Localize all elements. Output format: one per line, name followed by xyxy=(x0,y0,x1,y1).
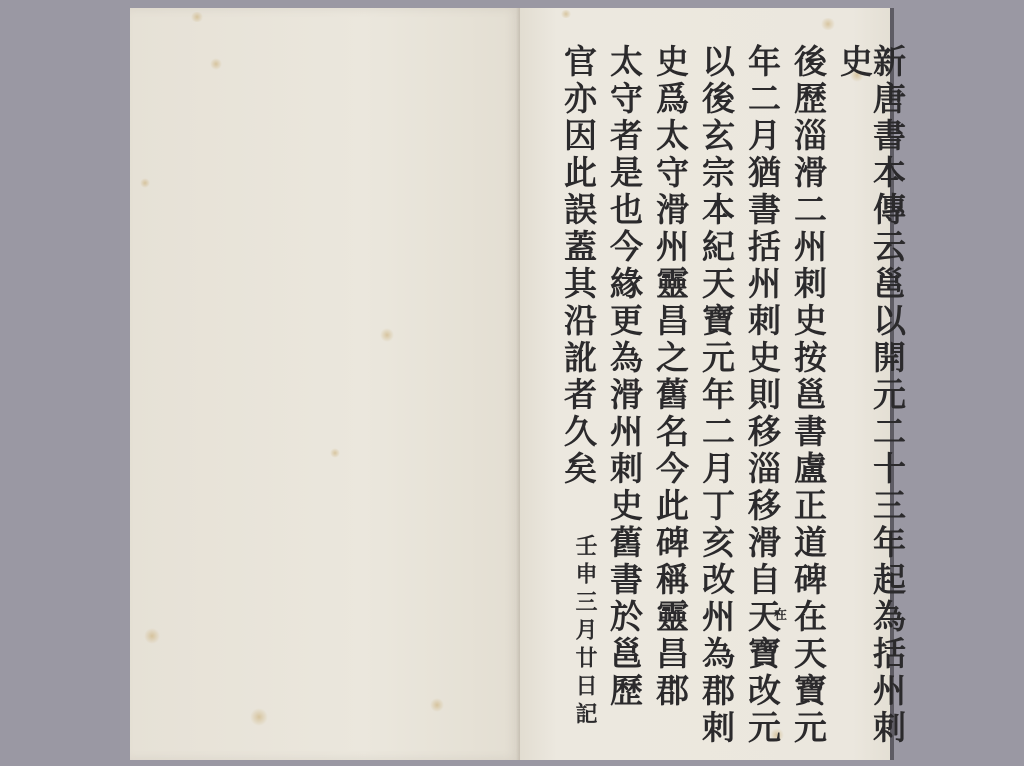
text-column-3: 年二月猶書括州刺史則移淄移滑自天寶改元 xyxy=(746,44,779,747)
text-column-7: 官亦因此誤蓋其沿訛者久矣 xyxy=(562,44,595,488)
foxing-spot xyxy=(820,18,836,30)
left-page-blank xyxy=(130,8,520,760)
foxing-spot xyxy=(210,58,222,70)
text-column-5: 史爲太守滑州靈昌之舊名今此碑稱靈昌郡 xyxy=(654,44,687,710)
foxing-spot xyxy=(190,12,204,22)
text-column-6: 太守者是也今緣更為滑州刺史舊書於邕歷 xyxy=(608,44,641,710)
interlinear-note: 在 xyxy=(774,604,787,623)
foxing-spot xyxy=(380,328,394,342)
foxing-spot xyxy=(140,178,150,188)
text-column-4: 以後玄宗本紀天寶元年二月丁亥改州為郡刺 xyxy=(700,44,733,747)
foxing-spot xyxy=(330,448,340,458)
foxing-spot xyxy=(430,698,444,712)
text-column-2: 後歷淄滑二州刺史按邕書盧正道碑在天寶元 xyxy=(792,44,825,747)
foxing-spot xyxy=(560,10,572,18)
open-book: 新唐書本傳云邕以開元二十三年起為括州刺史 後歷淄滑二州刺史按邕書盧正道碑在天寶元… xyxy=(130,8,894,760)
text-column-1: 新唐書本傳云邕以開元二十三年起為括州刺史 xyxy=(838,44,904,754)
right-page-text: 新唐書本傳云邕以開元二十三年起為括州刺史 後歷淄滑二州刺史按邕書盧正道碑在天寶元… xyxy=(520,8,894,760)
signature-date: 壬申三月廿日記 xyxy=(570,534,601,730)
foxing-spot xyxy=(250,708,268,726)
text-columns: 新唐書本傳云邕以開元二十三年起為括州刺史 後歷淄滑二州刺史按邕書盧正道碑在天寶元… xyxy=(520,44,890,754)
foxing-spot xyxy=(144,628,160,644)
